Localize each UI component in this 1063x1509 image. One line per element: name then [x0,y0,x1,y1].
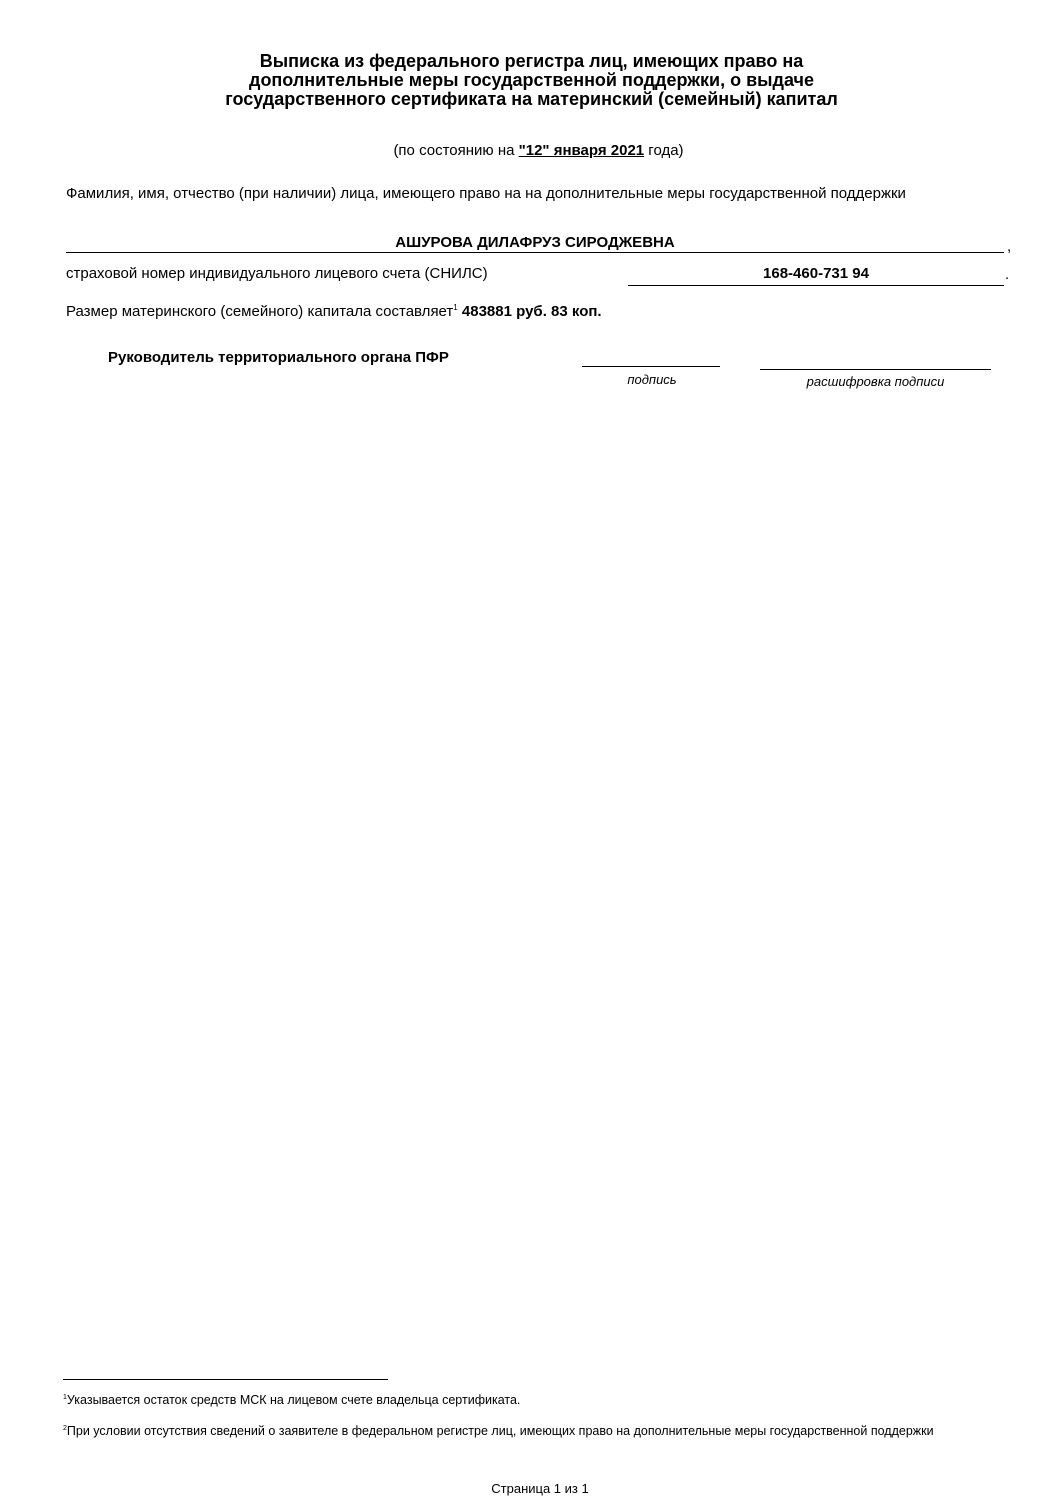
capital-value: 483881 руб. 83 коп. [462,303,602,320]
footnote-ref: 1 [453,303,457,312]
as-of-date-value: "12" января 2021 [519,142,645,159]
signatory-role: Руководитель территориального органа ПФР [108,349,449,366]
footnote-separator [63,1379,388,1380]
as-of-date: (по состоянию на "12" января 2021 года) [0,142,1063,159]
snils-trailing: . [1005,266,1009,283]
capital-label: Размер материнского (семейного) капитала… [66,303,453,320]
footnote-2: 2При условии отсутствия сведений о заяви… [63,1418,1023,1442]
signature-decoding-line [760,369,991,370]
signature-caption: подпись [582,372,722,387]
fio-value: АШУРОВА ДИЛАФРУЗ СИРОДЖЕВНА [66,234,1004,251]
page-number: Страница 1 из 1 [0,1481,1063,1496]
footnote-1: 1Указывается остаток средств МСК на лице… [63,1387,1023,1411]
snils-label: страховой номер индивидуального лицевого… [66,265,488,283]
as-of-suffix: года) [644,142,683,159]
snils-underline [628,285,1004,286]
snils-value: 168-460-731 94 [628,265,1004,282]
signature-line [582,366,720,367]
footnote-1-text: Указывается остаток средств МСК на лицев… [67,1393,520,1407]
as-of-prefix: (по состоянию на [393,142,518,159]
capital-amount-row: Размер материнского (семейного) капитала… [66,299,602,321]
signature-decoding-caption: расшифровка подписи [760,374,991,389]
fio-trailing: , [1007,238,1011,255]
title-line: дополнительные меры государственной подд… [0,71,1063,90]
footnote-2-text: При условии отсутствия сведений о заявит… [67,1424,934,1438]
fio-underline [66,252,1004,253]
fio-label: Фамилия, имя, отчество (при наличии) лиц… [66,185,986,203]
document-title: Выписка из федерального регистра лиц, им… [0,52,1063,109]
title-line: государственного сертификата на материнс… [0,90,1063,109]
title-line: Выписка из федерального регистра лиц, им… [0,52,1063,71]
